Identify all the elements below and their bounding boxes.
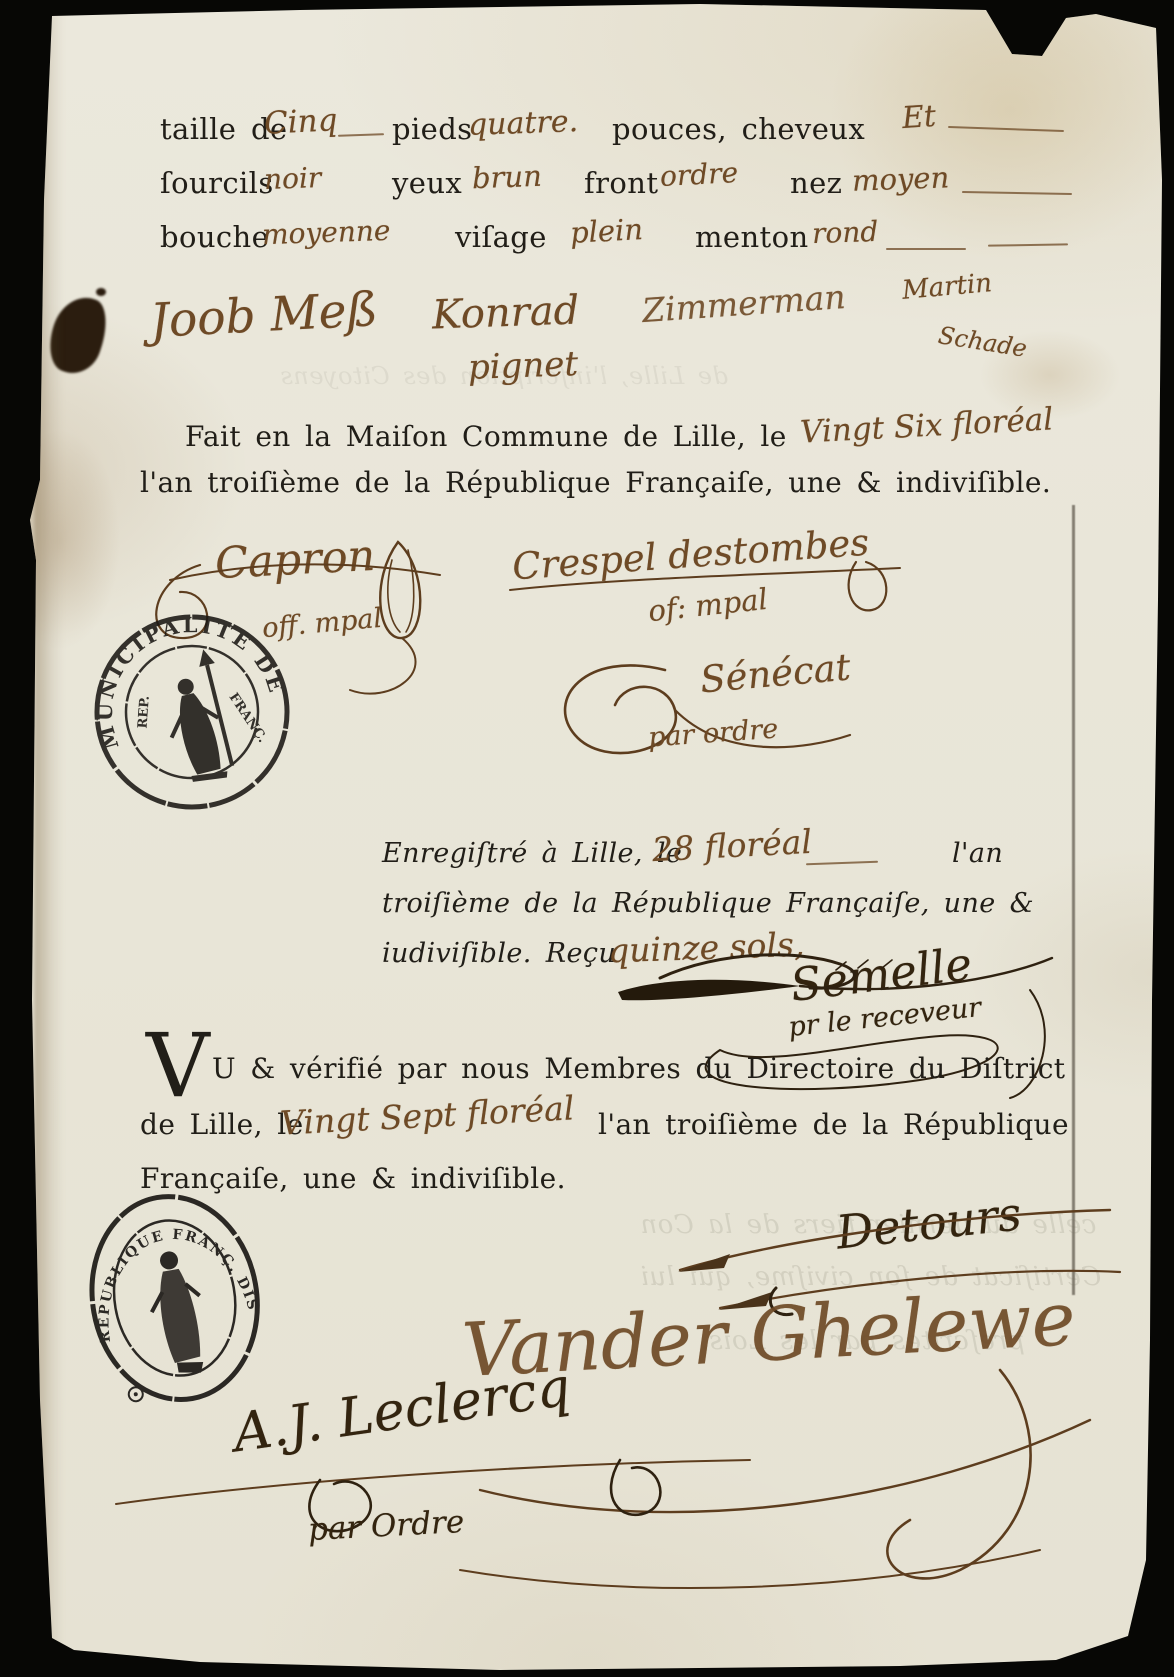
district-oval-stamp: REPUBLIQUE FRANÇ. DISTRICT DE LILLE bbox=[80, 1180, 270, 1420]
bearer-signature: Joob Meß bbox=[149, 282, 379, 349]
rule-line bbox=[962, 191, 1072, 195]
desc-label-bouche: bouche bbox=[160, 220, 269, 254]
desc-value-forehead: ordre bbox=[659, 156, 739, 193]
desc-label-pouces-cheveux: pouces, cheveux bbox=[612, 112, 865, 146]
desc-value-hair: Et bbox=[901, 99, 937, 136]
desc-label-sourcils: ſourcils bbox=[160, 166, 274, 200]
verification-line2-end: l'an troiſième de la République bbox=[598, 1108, 1069, 1141]
bearer-signature: Zimmerman bbox=[641, 277, 847, 330]
rule-line bbox=[806, 861, 878, 866]
issuance-line1: Fait en la Maiſon Commune de Lille, le bbox=[185, 420, 787, 453]
oval-stamp-legend: REPUBLIQUE FRANÇ. DISTRICT DE LILLE bbox=[52, 1156, 262, 1348]
issuance-line2: l'an troiſième de la République Françaiſ… bbox=[140, 466, 1051, 499]
registration-date-hand: 28 floréal bbox=[651, 822, 813, 869]
desc-value-eyebrows: noir bbox=[263, 161, 321, 196]
desc-value-nose: moyen bbox=[851, 160, 949, 197]
verification-dropcap: V bbox=[146, 1022, 210, 1110]
document-paper: celle du dernier tiers de la Con Certifi… bbox=[0, 0, 1174, 1677]
bearer-signature: pignet bbox=[467, 344, 578, 388]
rule-line bbox=[948, 126, 1064, 132]
registration-line1: Enregiſtré à Lille, le bbox=[382, 838, 682, 869]
bearer-signature: Martin bbox=[901, 268, 993, 306]
desc-value-face: plein bbox=[569, 212, 644, 250]
scanned-document-background: { "colors": { "paper": "#e9e6da", "print… bbox=[0, 0, 1174, 1677]
issuance-date-hand: Vingt Six floréal bbox=[799, 401, 1054, 450]
paper-stain bbox=[830, 0, 1174, 260]
registration-line2: troiſième de la République Françaiſe, un… bbox=[382, 888, 1034, 919]
signature-flourish bbox=[545, 640, 865, 790]
desc-value-mouth: moyenne bbox=[261, 214, 391, 251]
desc-label-front: front bbox=[584, 166, 658, 200]
verification-date-hand: Vingt Sept floréal bbox=[279, 1088, 575, 1142]
desc-label-menton: menton bbox=[695, 220, 809, 254]
desc-label-visage: viſage bbox=[455, 220, 547, 254]
desc-label-yeux: yeux bbox=[392, 166, 462, 200]
ink-speck bbox=[96, 288, 106, 296]
svg-text:REPUBLIQUE FRANÇ. DISTRICT DE: REPUBLIQUE FRANÇ. DISTRICT DE LILLE bbox=[52, 1156, 262, 1348]
bearer-signature: Konrad bbox=[431, 287, 580, 338]
municipal-round-stamp: MUNICIPALITE DE LILLE REP. FRANÇ. bbox=[92, 612, 292, 812]
rule-line bbox=[886, 248, 966, 250]
round-stamp-franc: FRANÇ. bbox=[226, 690, 270, 745]
registration-line3: iudiviſible. Reçu bbox=[382, 938, 616, 969]
desc-value-height-feet: Cinq bbox=[263, 102, 338, 142]
desc-label-nez: nez bbox=[790, 166, 842, 200]
left-fold-crease bbox=[34, 14, 64, 1648]
rule-line bbox=[988, 243, 1068, 246]
right-fold-line bbox=[1072, 505, 1075, 1295]
round-stamp-rep: REP. bbox=[136, 695, 153, 729]
registration-line1-end: l'an bbox=[952, 838, 1003, 869]
rule-line bbox=[338, 133, 384, 137]
desc-value-chin: rond bbox=[811, 215, 878, 250]
desc-value-eyes: brun bbox=[471, 159, 542, 195]
bearer-signature: Schade bbox=[936, 321, 1029, 363]
desc-value-inches: quatre. bbox=[467, 104, 578, 143]
verification-line1: U & vérifié par nous Membres du Directoi… bbox=[212, 1052, 1065, 1085]
desc-label-pieds: pieds bbox=[392, 112, 472, 146]
